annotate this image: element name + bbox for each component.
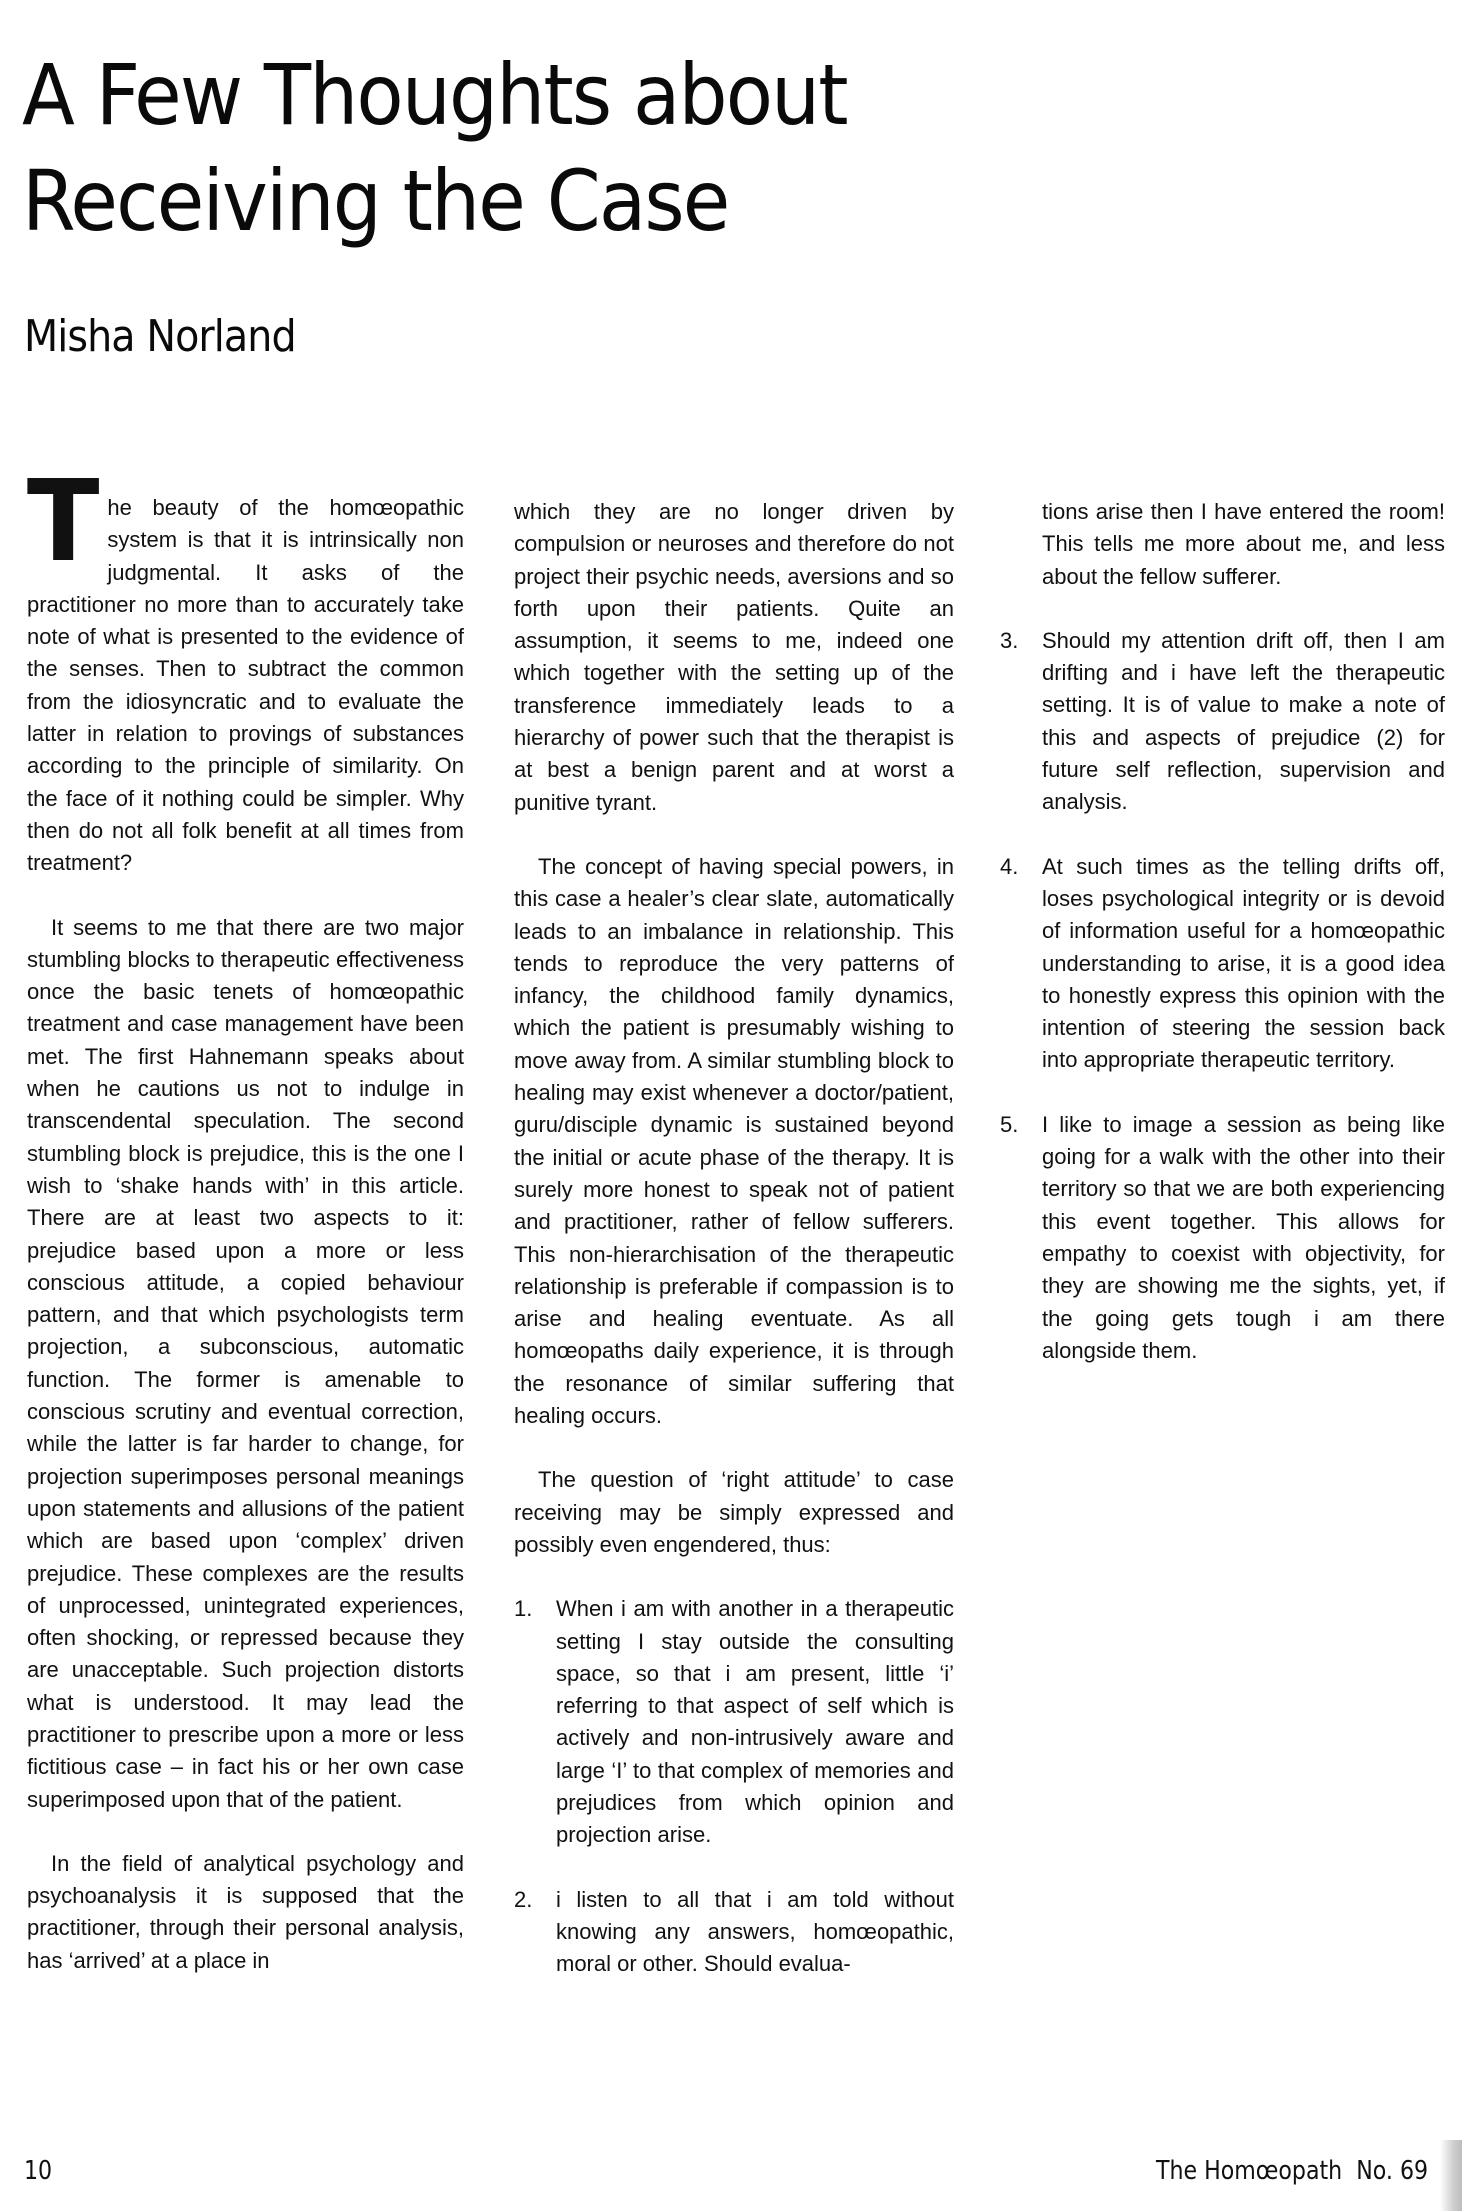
list-item: 3. Should my attention drift off, then I… bbox=[1000, 625, 1445, 819]
list-item: 5. I like to image a session as being li… bbox=[1000, 1109, 1445, 1367]
paragraph-right-attitude: The question of ‘right attitude’ to case… bbox=[514, 1464, 954, 1561]
list-text: I like to image a session as being like … bbox=[1042, 1112, 1445, 1363]
article-title: A Few Thoughts about Receiving the Case bbox=[22, 42, 847, 254]
paragraph-intro: The beauty of the homœopathic system is … bbox=[27, 492, 464, 880]
column-3: tions arise then I have entered the room… bbox=[1000, 496, 1445, 1399]
title-line-2: Receiving the Case bbox=[22, 152, 728, 250]
attitude-list: 1. When i am with another in a therapeut… bbox=[514, 1593, 954, 1980]
list-text: i listen to all that i am told without k… bbox=[556, 1887, 954, 1977]
list-text: When i am with another in a therapeutic … bbox=[556, 1596, 954, 1847]
list-item-continued: tions arise then I have entered the room… bbox=[1000, 496, 1445, 593]
list-number: 2. bbox=[514, 1884, 548, 1916]
list-text: At such times as the telling drifts off,… bbox=[1042, 854, 1445, 1073]
list-item: 2. i listen to all that i am told withou… bbox=[514, 1884, 954, 1981]
column-1: The beauty of the homœopathic system is … bbox=[27, 492, 464, 2009]
list-number: 5. bbox=[1000, 1109, 1034, 1141]
author-byline: Misha Norland bbox=[24, 312, 296, 362]
list-number: 3. bbox=[1000, 625, 1034, 657]
list-number: 1. bbox=[514, 1593, 548, 1625]
page-edge-shadow bbox=[1440, 2140, 1462, 2211]
publication-name: The Homœopath No. 69 bbox=[1156, 2156, 1428, 2186]
paragraph-special-powers: The concept of having special powers, in… bbox=[514, 851, 954, 1432]
page-number: 10 bbox=[24, 2156, 52, 2186]
title-line-1: A Few Thoughts about bbox=[22, 46, 847, 144]
list-text: tions arise then I have entered the room… bbox=[1042, 499, 1445, 589]
attitude-list-continued: tions arise then I have entered the room… bbox=[1000, 496, 1445, 1367]
list-number: 4. bbox=[1000, 851, 1034, 883]
list-text: Should my attention drift off, then I am… bbox=[1042, 628, 1445, 814]
paragraph-stumbling-blocks: It seems to me that there are two major … bbox=[27, 912, 464, 1816]
drop-cap: T bbox=[27, 486, 100, 582]
paragraph-analytical-psychology: In the field of analytical psychology an… bbox=[27, 1848, 464, 1977]
list-item: 4. At such times as the telling drifts o… bbox=[1000, 851, 1445, 1077]
column-2: which they are no longer driven by compu… bbox=[514, 496, 954, 2012]
list-item: 1. When i am with another in a therapeut… bbox=[514, 1593, 954, 1851]
paragraph-continued: which they are no longer driven by compu… bbox=[514, 496, 954, 819]
